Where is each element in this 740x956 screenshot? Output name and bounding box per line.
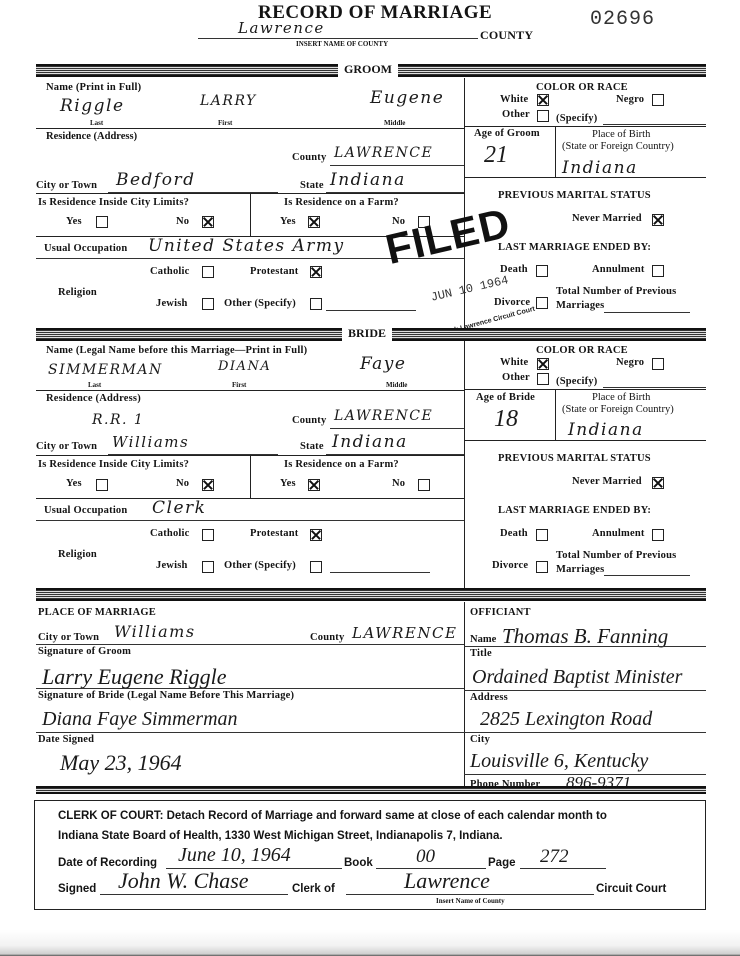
clerk-instruction-line-2: Indiana State Board of Health, 1330 West…	[58, 830, 503, 842]
groom-residence-label: Residence (Address)	[46, 131, 137, 142]
bride-last-name[interactable]: SIMMERMAN	[48, 362, 163, 378]
bride-signature[interactable]: Diana Faye Simmerman	[42, 708, 238, 731]
groom-age-value[interactable]: 21	[484, 142, 508, 169]
groom-county-value[interactable]: LAWRENCE	[334, 145, 433, 161]
bride-residence-value[interactable]: R.R. 1	[92, 412, 144, 428]
groom-last-marriage-title: LAST MARRIAGE ENDED BY:	[498, 242, 651, 253]
clerk-of-county-value[interactable]: Lawrence	[404, 868, 490, 894]
bride-annulment-checkbox[interactable]	[652, 529, 664, 541]
groom-occupation-value[interactable]: United States Army	[148, 236, 345, 256]
bride-city-limits-no-checkbox[interactable]	[202, 479, 214, 491]
groom-marital-title: PREVIOUS MARITAL STATUS	[498, 190, 651, 201]
groom-first-label: First	[218, 119, 232, 127]
county-label: COUNTY	[480, 28, 533, 43]
date-signed-value[interactable]: May 23, 1964	[60, 750, 182, 776]
bride-section-title: BRIDE	[342, 326, 392, 341]
bride-name-label: Name (Legal Name before this Marriage—Pr…	[46, 345, 307, 356]
groom-city-value[interactable]: Bedford	[116, 170, 195, 190]
bride-city-value[interactable]: Williams	[112, 433, 189, 451]
groom-other-religion-checkbox[interactable]	[310, 298, 322, 310]
groom-section-band: GROOM	[36, 64, 706, 77]
groom-city-limits-yes-checkbox[interactable]	[96, 216, 108, 228]
clerk-instruction-line-1: CLERK OF COURT: Detach Record of Marriag…	[58, 810, 607, 822]
groom-city-label: City or Town	[36, 180, 97, 191]
groom-race-title: COLOR OR RACE	[536, 82, 628, 93]
officiant-address-value[interactable]: 2825 Lexington Road	[480, 708, 652, 731]
filed-stamp: FILED	[381, 199, 515, 274]
officiant-city-value[interactable]: Louisville 6, Kentucky	[470, 750, 648, 773]
bride-race-white-checkbox[interactable]	[537, 358, 549, 370]
bride-protestant-checkbox[interactable]	[310, 529, 322, 541]
groom-age-label: Age of Groom	[474, 128, 540, 139]
bride-first-name[interactable]: DIANA	[218, 359, 271, 374]
scan-edge	[0, 930, 740, 956]
book-value[interactable]: 00	[416, 846, 435, 868]
bride-race-negro-checkbox[interactable]	[652, 358, 664, 370]
officiant-title-value[interactable]: Ordained Baptist Minister	[472, 666, 682, 689]
groom-county-label: County	[292, 152, 326, 163]
bride-catholic-checkbox[interactable]	[202, 529, 214, 541]
groom-divorce-checkbox[interactable]	[536, 297, 548, 309]
groom-last-label: Last	[90, 119, 103, 127]
groom-middle-label: Middle	[384, 119, 405, 127]
groom-section-title: GROOM	[338, 62, 398, 77]
groom-race-white-checkbox[interactable]	[537, 94, 549, 106]
county-line	[198, 38, 478, 39]
groom-middle-name[interactable]: Eugene	[370, 88, 444, 108]
bride-city-limits-yes-checkbox[interactable]	[96, 479, 108, 491]
groom-name-label: Name (Print in Full)	[46, 82, 141, 93]
groom-last-name[interactable]: Riggle	[60, 96, 125, 116]
bride-divorce-checkbox[interactable]	[536, 561, 548, 573]
county-value[interactable]: Lawrence	[238, 19, 325, 37]
groom-city-limits-question: Is Residence Inside City Limits?	[38, 197, 189, 208]
groom-state-label: State	[300, 180, 324, 191]
groom-never-married-checkbox[interactable]	[652, 214, 664, 226]
groom-religion-label: Religion	[58, 287, 97, 298]
bride-farm-yes-checkbox[interactable]	[308, 479, 320, 491]
date-of-recording-value[interactable]: June 10, 1964	[178, 844, 291, 867]
bride-death-checkbox[interactable]	[536, 529, 548, 541]
page-value[interactable]: 272	[540, 846, 569, 868]
groom-race-negro-checkbox[interactable]	[652, 94, 664, 106]
place-city-value[interactable]: Williams	[114, 622, 196, 641]
bride-jewish-checkbox[interactable]	[202, 561, 214, 573]
bride-race-other-checkbox[interactable]	[537, 373, 549, 385]
bride-age-value[interactable]: 18	[494, 406, 518, 433]
serial-number: 02696	[590, 8, 655, 31]
clerk-signature[interactable]: John W. Chase	[118, 868, 249, 894]
groom-race-other-checkbox[interactable]	[537, 110, 549, 122]
groom-annulment-checkbox[interactable]	[652, 265, 664, 277]
groom-city-limits-no-checkbox[interactable]	[202, 216, 214, 228]
groom-occupation-label: Usual Occupation	[44, 243, 127, 254]
county-hint: INSERT NAME OF COUNTY	[296, 40, 388, 48]
groom-farm-question: Is Residence on a Farm?	[284, 197, 399, 208]
groom-signature[interactable]: Larry Eugene Riggle	[42, 664, 227, 690]
groom-state-value[interactable]: Indiana	[330, 170, 406, 190]
groom-farm-yes-checkbox[interactable]	[308, 216, 320, 228]
bride-never-married-checkbox[interactable]	[652, 477, 664, 489]
bride-farm-no-checkbox[interactable]	[418, 479, 430, 491]
groom-first-name[interactable]: LARRY	[200, 93, 257, 109]
place-title: PLACE OF MARRIAGE	[38, 607, 156, 618]
bride-middle-name[interactable]: Faye	[360, 354, 406, 374]
bride-state-value[interactable]: Indiana	[332, 432, 408, 452]
groom-jewish-checkbox[interactable]	[202, 298, 214, 310]
groom-death-checkbox[interactable]	[536, 265, 548, 277]
place-county-value[interactable]: LAWRENCE	[352, 624, 457, 642]
bride-residence-label: Residence (Address)	[46, 393, 141, 404]
groom-protestant-checkbox[interactable]	[310, 266, 322, 278]
bride-occupation-value[interactable]: Clerk	[152, 498, 206, 518]
place-officiant-band	[36, 588, 706, 601]
bride-section-band: BRIDE	[36, 328, 706, 341]
officiant-title: OFFICIANT	[470, 607, 531, 618]
groom-birth-value[interactable]: Indiana	[562, 158, 638, 178]
groom-catholic-checkbox[interactable]	[202, 266, 214, 278]
bride-birth-value[interactable]: Indiana	[568, 420, 644, 440]
bride-county-value[interactable]: LAWRENCE	[334, 408, 433, 424]
bride-other-religion-checkbox[interactable]	[310, 561, 322, 573]
